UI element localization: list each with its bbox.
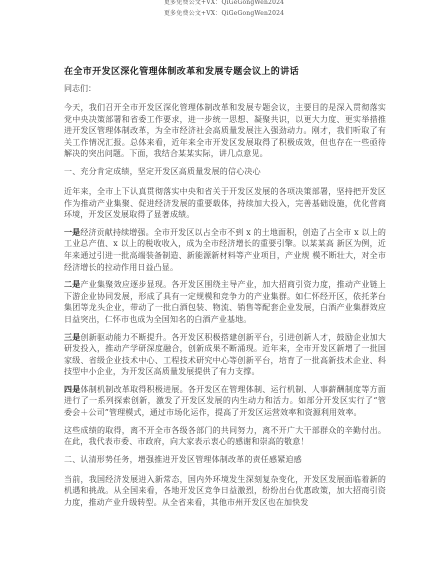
point-2: 二是产业集聚效应逐步显现。各开发区围绕主导产业，加大招商引资力度，推动产业链上下… <box>64 279 386 325</box>
intro-paragraph: 今天，我们召开全市开发区深化管理体制改革和发展专题会议，主要目的是深入贯彻落实党… <box>64 102 386 160</box>
point-2-lead: 二是 <box>64 280 81 289</box>
point-4-text: 体制机制改革取得积极进展。各开发区在管理体制、运行机制、人事薪酬制度等方面进行了… <box>64 385 386 417</box>
point-2-text: 产业集聚效应逐步显现。各开发区围绕主导产业，加大招商引资力度，推动产业链上下游企… <box>64 280 386 324</box>
section-1-intro: 近年来，全市上下认真贯彻落实中央和省关于开发区发展的各项决策部署，坚持把开发区作… <box>64 186 386 221</box>
header-watermark-line2: 更多免费公文+VX：QiGeGongWen2024 <box>0 8 448 17</box>
greeting: 同志们： <box>64 83 386 94</box>
thanks-paragraph: 这些成绩的取得，离不开全市各级各部门的共同努力，离不开广大干部群众的辛勤付出。在… <box>64 425 386 448</box>
point-3-lead: 三是 <box>64 333 81 342</box>
document-body: 在全市开发区深化管理体制改革和发展专题会议上的讲话 同志们： 今天，我们召开全市… <box>64 64 386 515</box>
section-1-heading: 一、充分肯定成绩，坚定开发区高质量发展的信心决心 <box>64 166 386 177</box>
header-watermark-line1: 更多免费公文+VX：QiGeGongWen2024 <box>0 0 448 6</box>
section-2-heading: 二、认清形势任务，增强推进开发区管理体制改革的责任感紧迫感 <box>64 454 386 465</box>
point-4-lead: 四是 <box>64 385 81 394</box>
point-3: 三是创新驱动能力不断提升。各开发区积极搭建创新平台，引进创新人才，鼓励企业加大研… <box>64 332 386 378</box>
point-1-text: 经济贡献持续增强。全市开发区以占全市不到 x 的土地面积，创造了占全市 x 以上… <box>64 228 386 272</box>
point-4: 四是体制机制改革取得积极进展。各开发区在管理体制、运行机制、人事薪酬制度等方面进… <box>64 384 386 419</box>
point-3-text: 创新驱动能力不断提升。各开发区积极搭建创新平台，引进创新人才，鼓励企业加大研发投… <box>64 333 386 377</box>
section-2-intro: 当前，我国经济发展进入新常态，国内外环境发生深刻复杂变化，开发区发展面临着新的机… <box>64 474 386 509</box>
point-1: 一是经济贡献持续增强。全市开发区以占全市不到 x 的土地面积，创造了占全市 x … <box>64 227 386 273</box>
document-title: 在全市开发区深化管理体制改革和发展专题会议上的讲话 <box>64 64 386 77</box>
point-1-lead: 一是 <box>64 228 80 237</box>
document-page: 更多免费公文+VX：QiGeGongWen2024 更多免费公文+VX：QiGe… <box>0 0 448 580</box>
